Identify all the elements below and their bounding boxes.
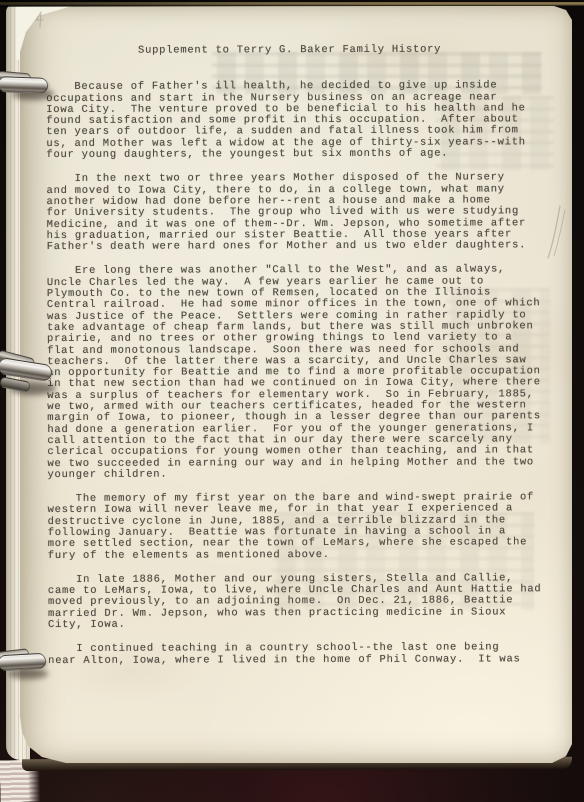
paragraph: I continued teaching in a country school… [48, 643, 548, 667]
ring-bar [0, 76, 48, 94]
paragraph: Because of Father's ill health, he decid… [46, 81, 546, 162]
binder-photo: Supplement to Terry G. Baker Family Hist… [0, 0, 584, 802]
binder-ring [0, 646, 62, 698]
ring-clasp [0, 376, 31, 393]
page-title: Supplement to Terry G. Baker Family Hist… [138, 44, 546, 57]
paragraph: Ere long there was another "Call to the … [47, 265, 548, 481]
pencil-mark [32, 10, 48, 30]
ring-bar [0, 653, 46, 671]
typed-text: Supplement to Terry G. Baker Family Hist… [46, 44, 548, 667]
binder-ring [0, 352, 62, 404]
paragraph: The memory of my first year on the bare … [48, 492, 548, 562]
binder-ring [0, 68, 62, 120]
pencil-mark [546, 204, 568, 262]
paragraph: In the next two or three years Mother di… [46, 173, 546, 254]
paragraph: In late 1886, Mother and our young siste… [48, 573, 548, 631]
binder-top-edge [0, 0, 584, 7]
